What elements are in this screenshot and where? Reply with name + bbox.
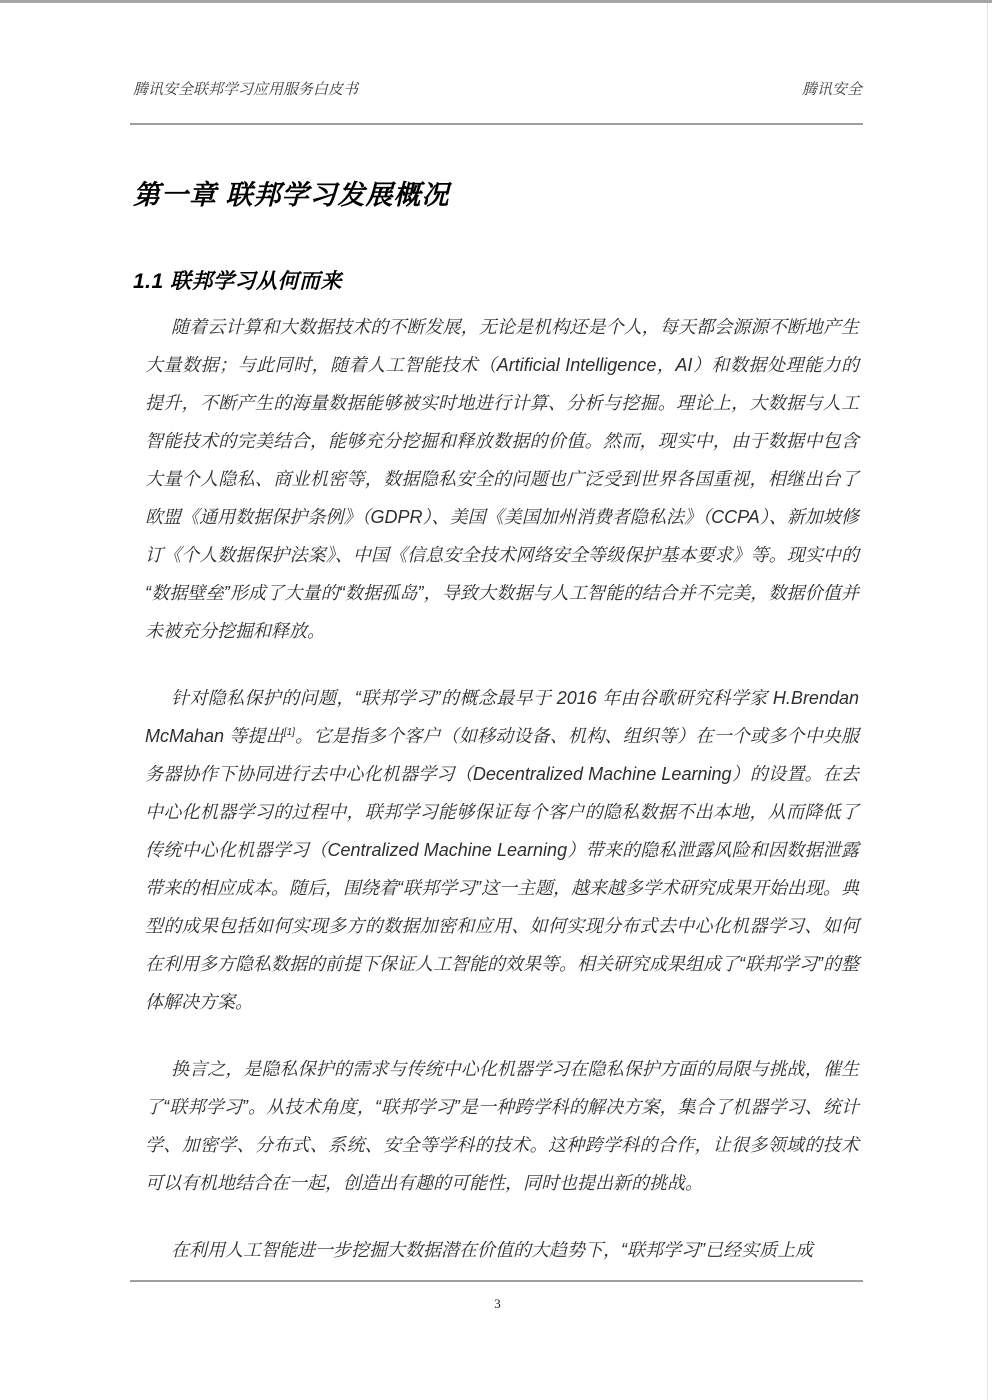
page-right-edge xyxy=(987,3,988,1400)
page-top-edge xyxy=(0,0,992,3)
footer-divider xyxy=(130,1280,863,1282)
running-header: 腾讯安全联邦学习应用服务白皮书 腾讯安全 xyxy=(133,78,862,99)
chapter-heading: 第一章 联邦学习发展概况 xyxy=(133,173,862,212)
header-brand-title: 腾讯安全 xyxy=(802,78,862,99)
paragraph-3: 换言之，是隐私保护的需求与传统中心化机器学习在隐私保护方面的局限与挑战，催生了“… xyxy=(145,1050,859,1202)
page-number: 3 xyxy=(133,1296,862,1312)
paragraph-2-text-after-reference: 。它是指多个客户（如移动设备、机构、组织等）在一个或多个中央服务器协作下协同进行… xyxy=(145,726,859,1012)
section-heading: 1.1 联邦学习从何而来 xyxy=(133,265,862,295)
header-document-title: 腾讯安全联邦学习应用服务白皮书 xyxy=(133,78,358,99)
paragraph-2: 针对隐私保护的问题，“联邦学习”的概念最早于 2016 年由谷歌研究科学家 H.… xyxy=(145,679,859,1021)
header-divider xyxy=(130,123,863,125)
footnote-reference-1: [1] xyxy=(284,727,295,738)
paragraph-4: 在利用人工智能进一步挖掘大数据潜在价值的大趋势下，“联邦学习”已经实质上成 xyxy=(145,1231,859,1269)
paragraph-1: 随着云计算和大数据技术的不断发展，无论是机构还是个人，每天都会源源不断地产生大量… xyxy=(145,308,859,650)
document-body: 随着云计算和大数据技术的不断发展，无论是机构还是个人，每天都会源源不断地产生大量… xyxy=(145,308,859,1269)
